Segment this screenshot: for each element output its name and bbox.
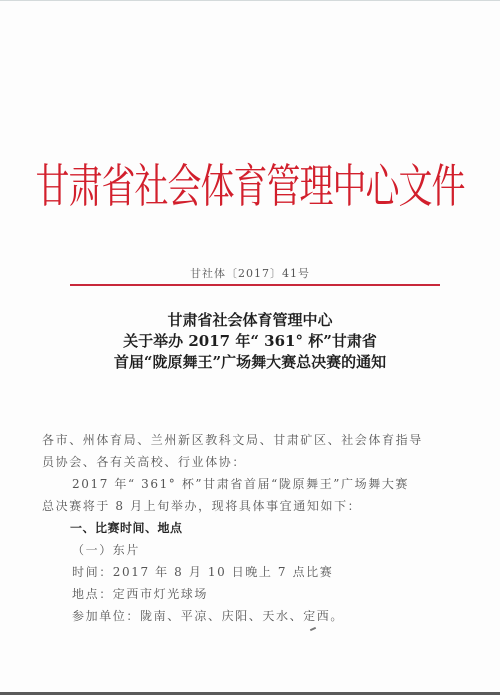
event-time: 时间：2017 年 8 月 10 日晚上 7 点比赛 — [42, 561, 462, 583]
subsection-heading-east: （一）东片 — [42, 539, 462, 561]
title-line-3: 首届“陇原舞王”广场舞大赛总决赛的通知 — [0, 352, 500, 373]
title-line-2: 关于举办 2017 年“ 361° 杯”甘肃省 — [0, 331, 500, 352]
notice-title: 甘肃省社会体育管理中心 关于举办 2017 年“ 361° 杯”甘肃省 首届“陇… — [0, 310, 500, 373]
intro-line-2: 总决赛将于 8 月上旬举办，现将具体事宜通知如下： — [42, 495, 462, 517]
document-body: 各市、州体育局、兰州新区教科文局、甘肃矿区、社会体育指导 员协会、各有关高校、行… — [42, 429, 462, 627]
section-heading-time-location: 一、比赛时间、地点 — [42, 517, 462, 539]
addressees-line-2: 员协会、各有关高校、行业体协： — [42, 451, 462, 473]
addressees-line-1: 各市、州体育局、兰州新区教科文局、甘肃矿区、社会体育指导 — [42, 429, 462, 451]
stray-mark — [310, 627, 316, 631]
document-number: 甘社体〔2017〕41号 — [0, 267, 500, 281]
event-location: 地点：定西市灯光球场 — [42, 583, 462, 605]
intro-line-1: 2017 年“ 361° 杯”甘肃省首届“陇原舞王”广场舞大赛 — [42, 473, 462, 495]
issuer-letterhead: 甘肃省社会体育管理中心文件 — [0, 160, 500, 214]
page-top-edge — [0, 0, 500, 1]
red-divider-line — [70, 284, 440, 286]
title-line-1: 甘肃省社会体育管理中心 — [0, 310, 500, 331]
participating-units: 参加单位：陇南、平凉、庆阳、天水、定西。 — [42, 605, 462, 627]
